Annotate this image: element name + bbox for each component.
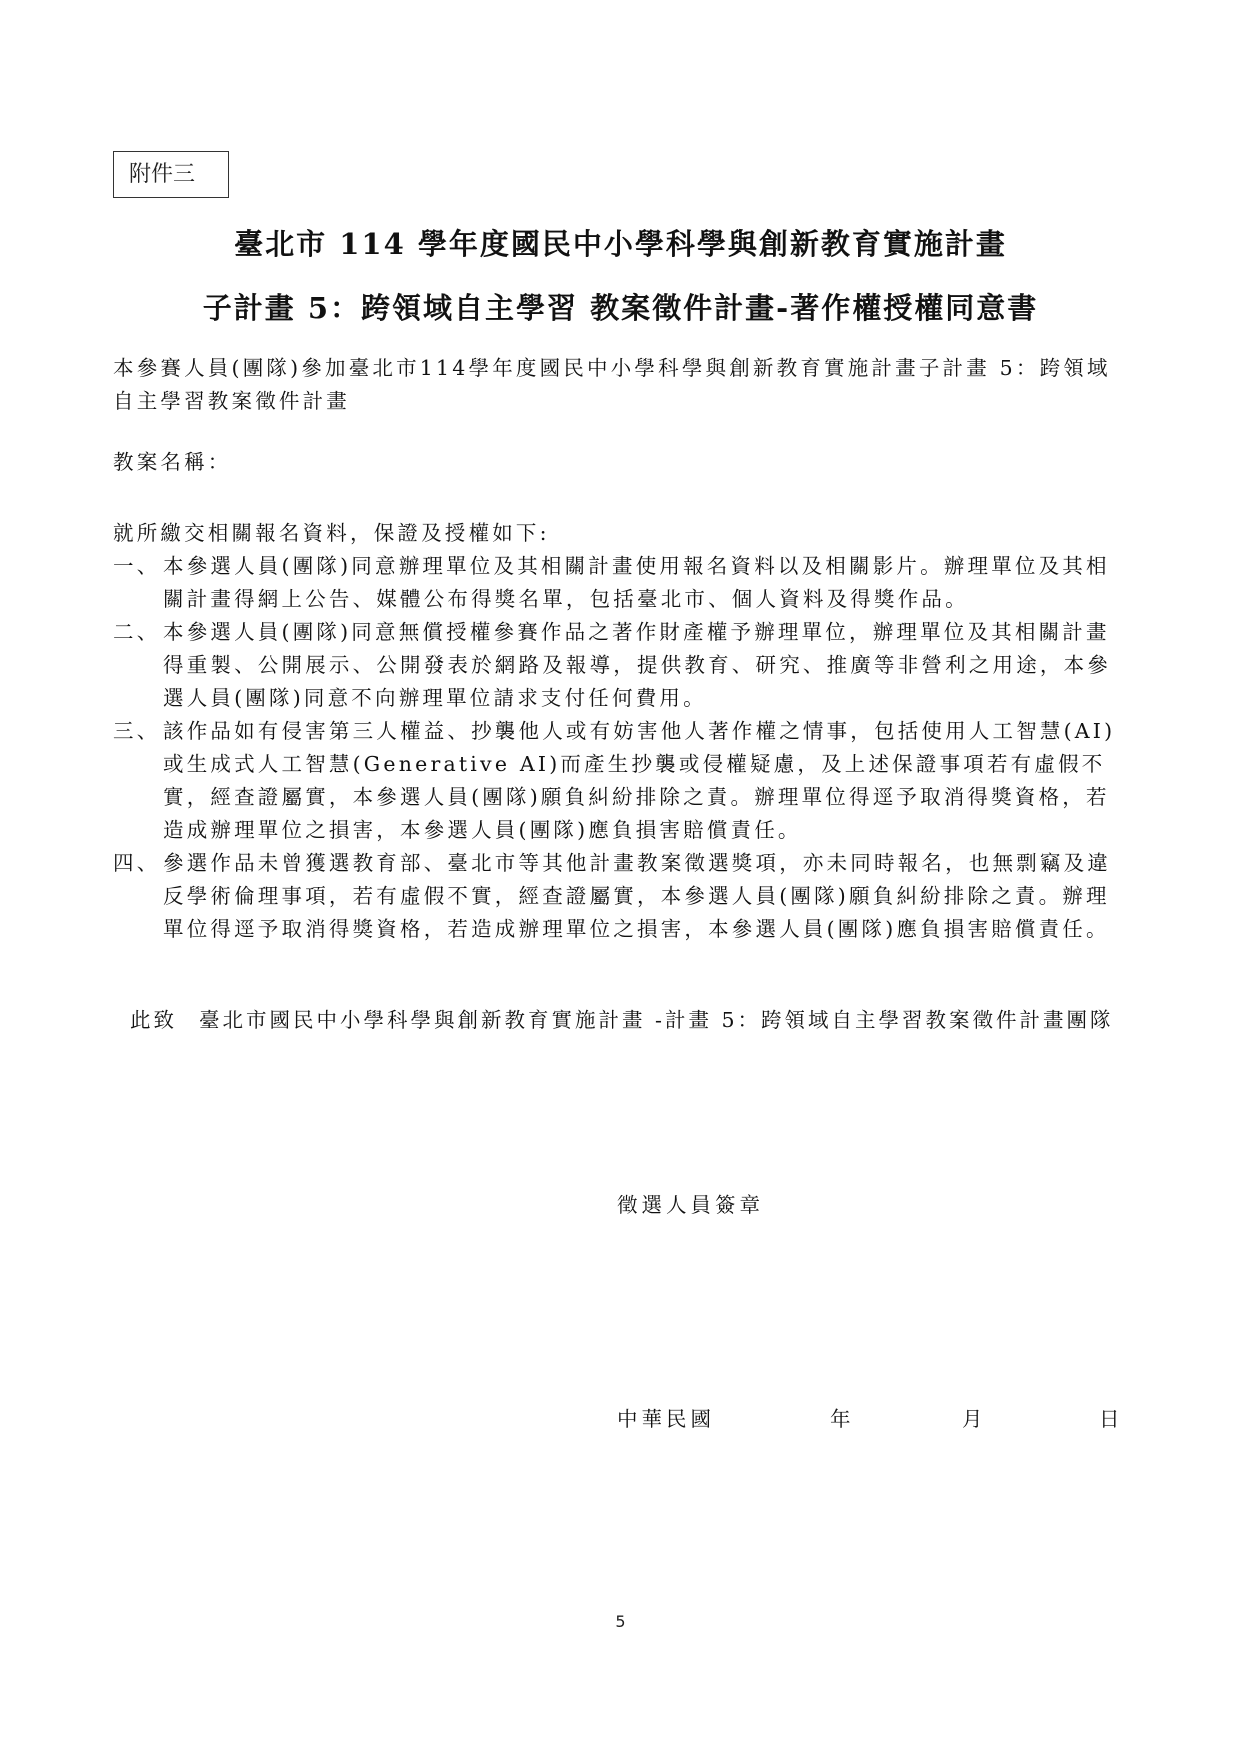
preface-text: 就所繳交相關報名資料，保證及授權如下: <box>113 517 1125 550</box>
clause-list: 一、 本參選人員(團隊)同意辦理單位及其相關計畫使用報名資料以及相關影片。辦理單… <box>113 550 1125 946</box>
clause-item: 一、 本參選人員(團隊)同意辦理單位及其相關計畫使用報名資料以及相關影片。辦理單… <box>113 550 1125 616</box>
closing-block: 此致臺北市國民中小學科學與創新教育實施計畫 -計畫 5：跨領域自主學習教案徵件計… <box>130 1004 1130 1037</box>
date-year-label: 年 <box>830 1402 855 1432</box>
clause-marker: 四、 <box>113 847 160 880</box>
page-number: 5 <box>0 1612 1241 1631</box>
clause-text: 參選作品未曾獲選教育部、臺北市等其他計畫教案徵選獎項，亦未同時報名，也無剽竊及違… <box>163 851 1111 941</box>
date-row: 中華民國 年 月 日 <box>617 1402 1127 1432</box>
clause-marker: 二、 <box>113 616 160 649</box>
attachment-label: 附件三 <box>129 162 195 187</box>
document-title-line-2: 子計畫 5：跨領域自主學習 教案徵件計畫-著作權授權同意書 <box>0 286 1241 327</box>
date-era: 中華民國 <box>617 1402 715 1432</box>
attachment-label-box: 附件三 <box>113 151 229 198</box>
clause-item: 四、 參選作品未曾獲選教育部、臺北市等其他計畫教案徵選獎項，亦未同時報名，也無剽… <box>113 847 1125 946</box>
clause-marker: 一、 <box>113 550 160 583</box>
clause-marker: 三、 <box>113 715 160 748</box>
closing-salutation: 此致 <box>130 1008 177 1032</box>
clause-text: 本參選人員(團隊)同意辦理單位及其相關計畫使用報名資料以及相關影片。辦理單位及其… <box>163 554 1110 611</box>
clause-text: 本參選人員(團隊)同意無償授權參賽作品之著作財產權予辦理單位，辦理單位及其相關計… <box>163 620 1111 710</box>
signature-label: 徵選人員簽章 <box>617 1188 764 1218</box>
date-month-label: 月 <box>962 1402 987 1432</box>
intro-paragraph: 本參賽人員(團隊)參加臺北市114學年度國民中小學科學與創新教育實施計畫子計畫 … <box>113 352 1125 418</box>
document-page: 附件三 臺北市 114 學年度國民中小學科學與創新教育實施計畫 子計畫 5：跨領… <box>0 0 1241 1755</box>
closing-recipient: 臺北市國民中小學科學與創新教育實施計畫 -計畫 5：跨領域自主學習教案徵件計畫團… <box>199 1008 1114 1032</box>
document-title-line-1: 臺北市 114 學年度國民中小學科學與創新教育實施計畫 <box>0 222 1241 263</box>
lesson-name-label: 教案名稱： <box>113 446 1125 479</box>
clause-item: 二、 本參選人員(團隊)同意無償授權參賽作品之著作財產權予辦理單位，辦理單位及其… <box>113 616 1125 715</box>
date-day-label: 日 <box>1099 1402 1124 1432</box>
clause-text: 該作品如有侵害第三人權益、抄襲他人或有妨害他人著作權之情事，包括使用人工智慧(A… <box>163 719 1115 842</box>
clause-item: 三、 該作品如有侵害第三人權益、抄襲他人或有妨害他人著作權之情事，包括使用人工智… <box>113 715 1125 847</box>
